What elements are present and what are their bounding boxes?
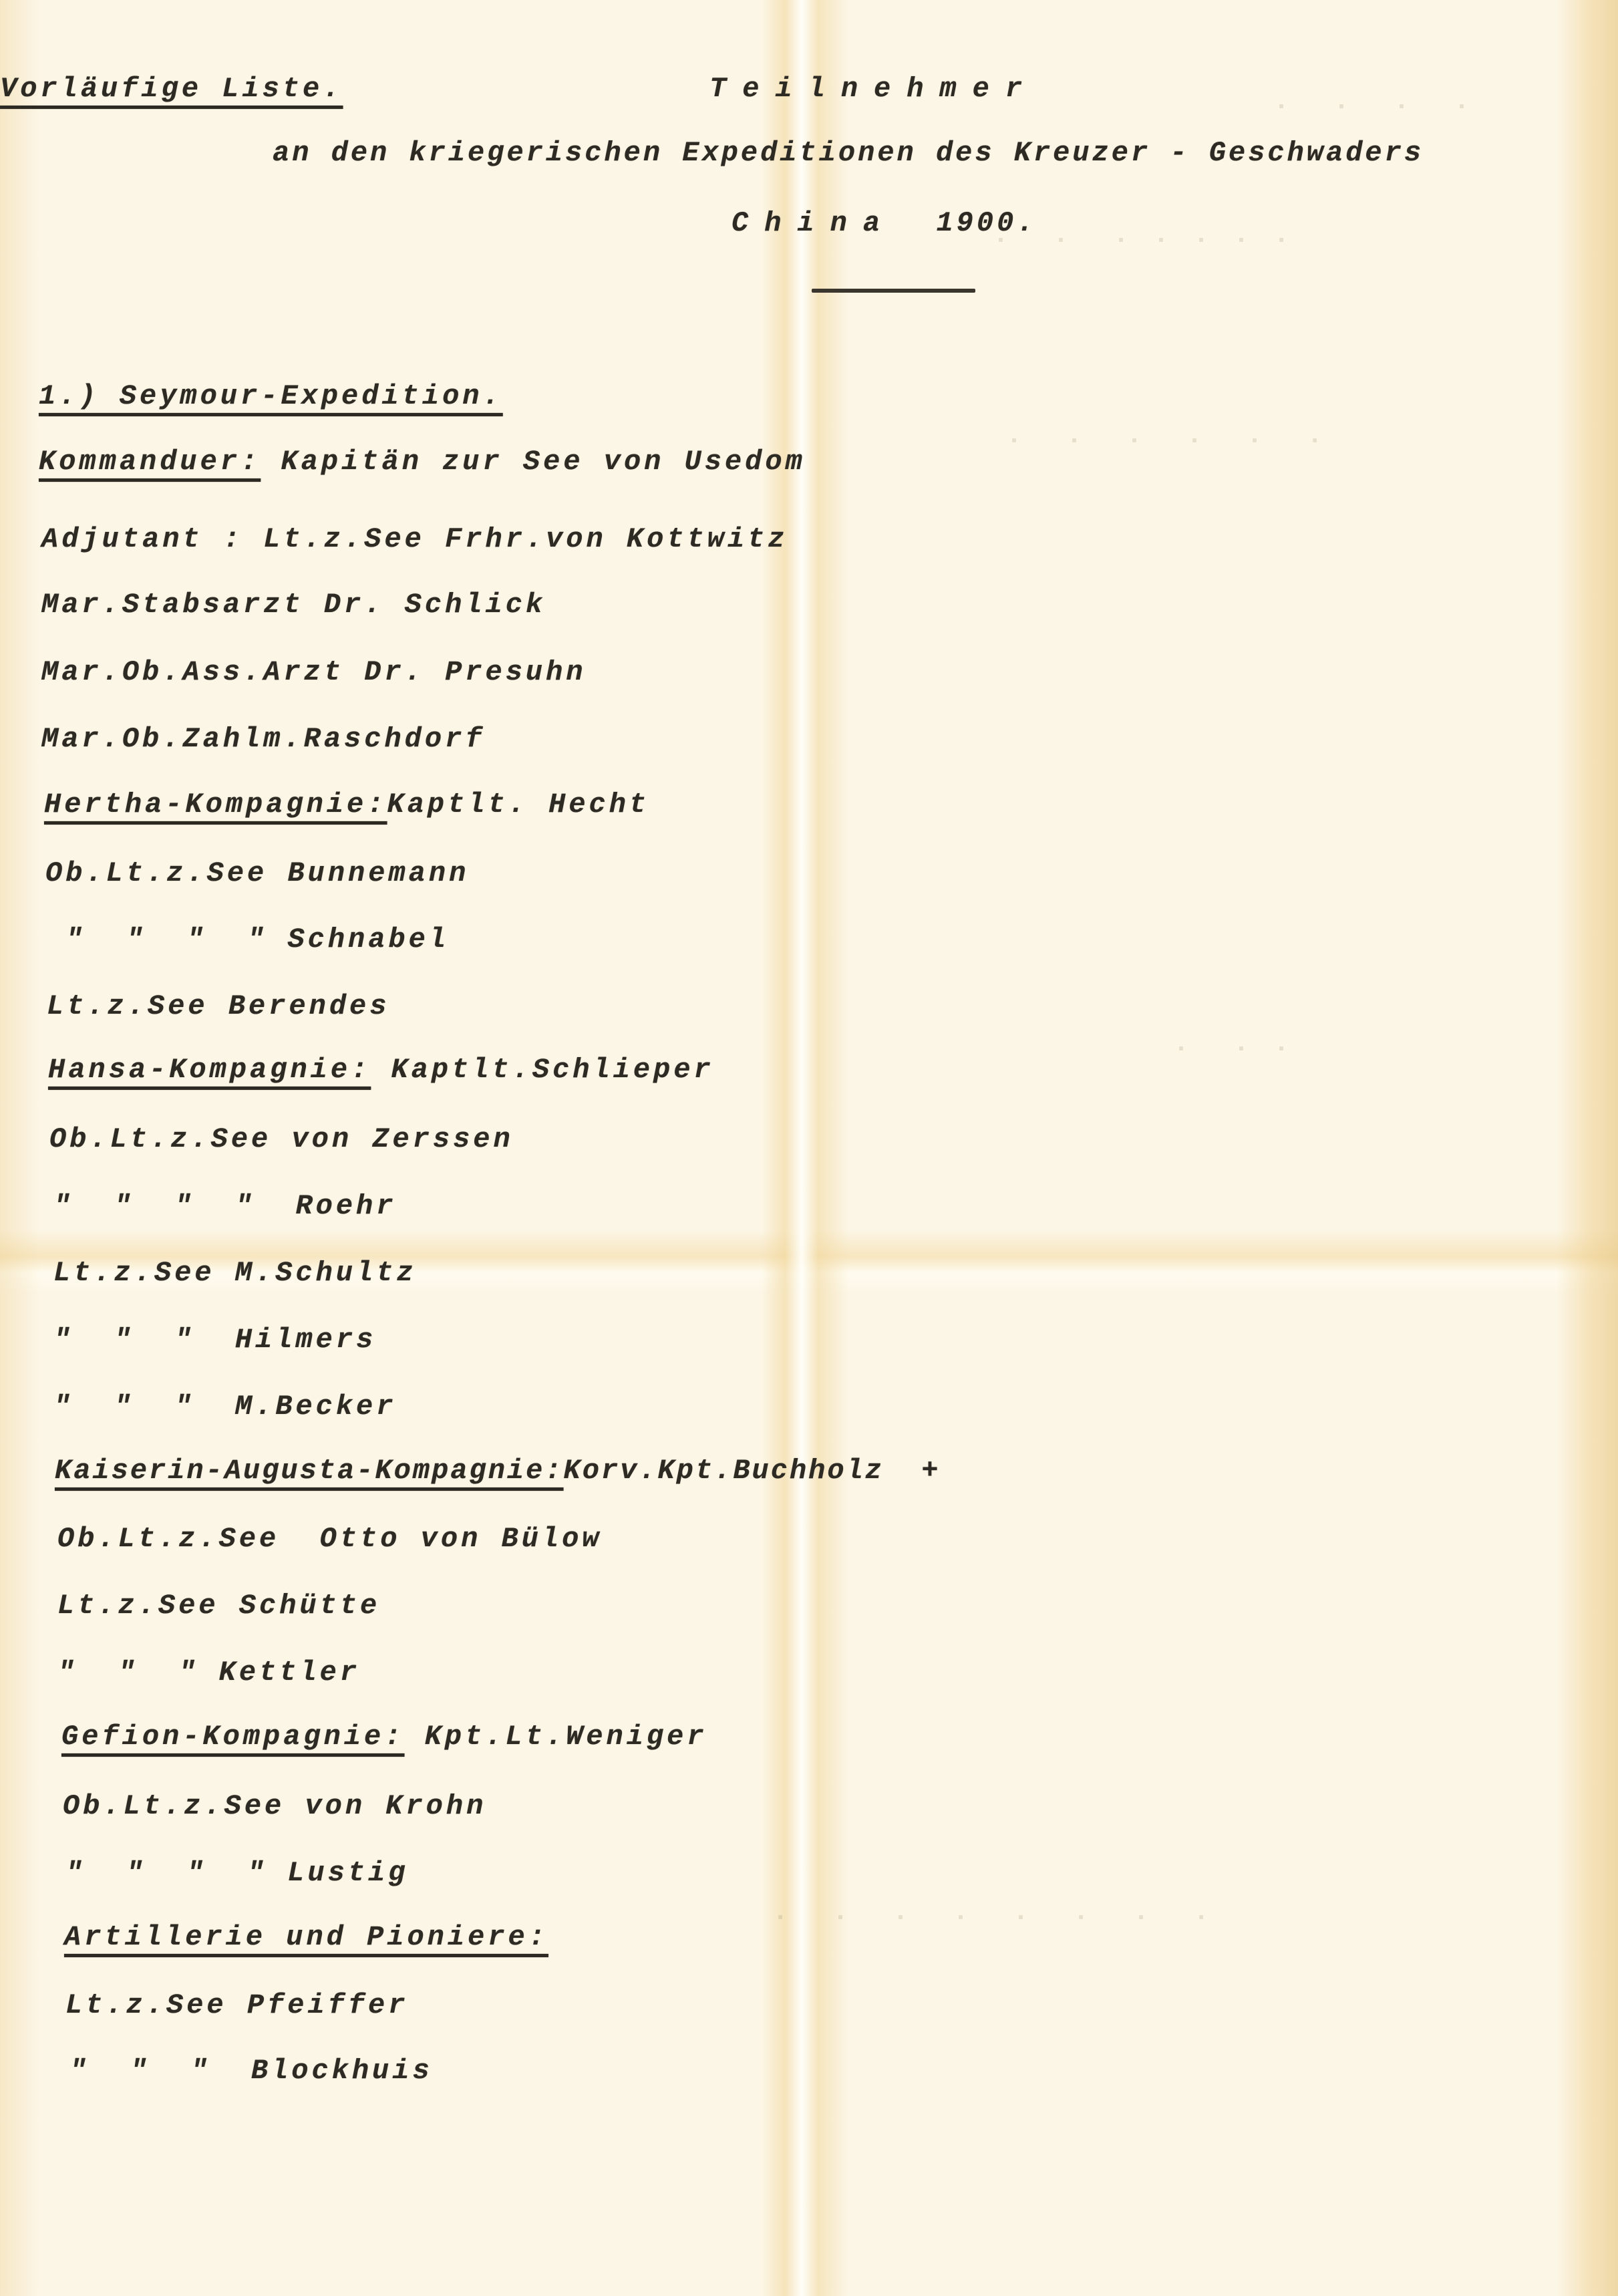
staff-entry: Mar.Ob.Ass.Arzt Dr. Presuhn: [41, 658, 587, 686]
section-title: 1.) Seymour-Expedition.: [39, 382, 503, 410]
company-header: Kaiserin-Augusta-Kompagnie:Korv.Kpt.Buch…: [55, 1457, 941, 1485]
company-label: Artillerie und Pioniere:: [64, 1921, 548, 1953]
member-entry: " " " M.Becker: [53, 1393, 396, 1421]
company-leader: Kaptlt.Schlieper: [371, 1054, 713, 1086]
company-label: Hertha-Kompagnie:: [44, 788, 387, 821]
staff-entry: Mar.Stabsarzt Dr. Schlick: [41, 591, 546, 619]
bleed-through-text: . . . . . . . .: [768, 1898, 1209, 1928]
company-leader: Korv.Kpt.Buchholz +: [564, 1455, 941, 1487]
member-entry: Ob.Lt.z.See von Krohn: [63, 1792, 486, 1820]
company-label: Gefion-Kompagnie:: [61, 1721, 404, 1753]
heading-date-line: China 1900.: [732, 209, 1037, 237]
bleed-through-text: . . . .: [1269, 87, 1470, 117]
heading-title: Teilnehmer: [709, 75, 1038, 103]
member-entry: " " " Blockhuis: [69, 2057, 433, 2085]
member-entry: " " " Kettler: [57, 1659, 360, 1687]
commander-row: Kommanduer: Kapitän zur See von Usedom: [39, 448, 806, 476]
company-header: Artillerie und Pioniere:: [64, 1923, 548, 1951]
member-entry: " " " Hilmers: [53, 1326, 376, 1354]
status-label: Vorläufige Liste.: [0, 75, 343, 103]
staff-entry: Mar.Ob.Zahlm.Raschdorf: [41, 725, 486, 753]
member-entry: Ob.Lt.z.See Otto von Bülow: [57, 1525, 603, 1553]
commander-value: Kapitän zur See von Usedom: [281, 446, 805, 478]
heading-subtitle: an den kriegerischen Expeditionen des Kr…: [273, 139, 1424, 167]
heading-year: 1900.: [936, 207, 1037, 239]
typewritten-document-page: . . . . . . . . . . . . . . . . . . . . …: [0, 0, 1618, 2296]
company-header: Hertha-Kompagnie:Kaptlt. Hecht: [44, 791, 649, 819]
member-entry: Lt.z.See Schütte: [57, 1592, 380, 1620]
member-entry: Ob.Lt.z.See von Zerssen: [49, 1125, 514, 1153]
company-header: Gefion-Kompagnie: Kpt.Lt.Weniger: [61, 1723, 707, 1751]
member-entry: Ob.Lt.z.See Bunnemann: [45, 859, 469, 887]
member-entry: " " " " Roehr: [53, 1192, 396, 1220]
member-entry: Lt.z.See Pfeiffer: [65, 1991, 408, 2019]
member-entry: Lt.z.See M.Schultz: [53, 1259, 417, 1287]
member-entry: " " " " Schnabel: [45, 925, 449, 954]
member-entry: " " " " Lustig: [65, 1859, 408, 1887]
commander-label: Kommanduer:: [39, 446, 261, 478]
company-header: Hansa-Kompagnie: Kaptlt.Schlieper: [48, 1056, 714, 1084]
header-divider: [812, 289, 975, 293]
company-label: Kaiserin-Augusta-Kompagnie:: [55, 1455, 564, 1487]
company-leader: Kaptlt. Hecht: [387, 788, 649, 821]
member-entry: Lt.z.See Berendes: [47, 992, 389, 1020]
bleed-through-text: . . .: [1169, 1029, 1289, 1059]
company-label: Hansa-Kompagnie:: [48, 1054, 371, 1086]
heading-place: China: [732, 207, 896, 239]
bleed-through-text: . . . . . .: [1002, 421, 1323, 451]
staff-entry: Adjutant : Lt.z.See Frhr.von Kottwitz: [41, 525, 788, 553]
company-leader: Kpt.Lt.Weniger: [404, 1721, 707, 1753]
